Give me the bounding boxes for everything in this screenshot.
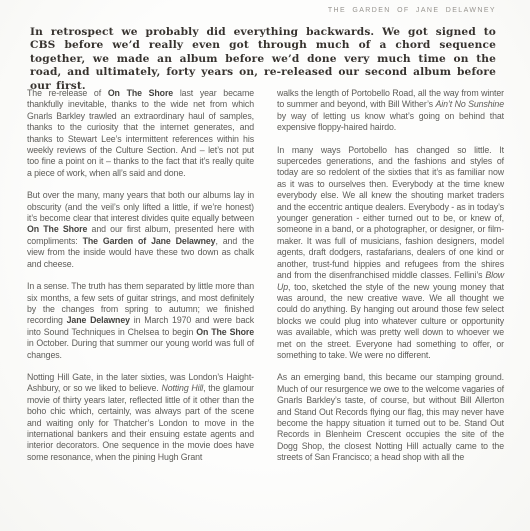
text-run: But over the many, many years that both … <box>27 190 254 223</box>
paragraph: The re-release of On The Shore last year… <box>27 88 254 179</box>
bold-text-run: Jane Delawney <box>67 315 130 325</box>
right-column: walks the length of Portobello Road, all… <box>277 88 504 464</box>
intro-paragraph: In retrospect we probably did everything… <box>30 26 496 93</box>
paragraph: As an emerging band, this became our sta… <box>277 372 504 463</box>
text-run: The re-release of <box>27 88 108 98</box>
text-run: in October. During that summer our young… <box>27 338 254 359</box>
paragraph: walks the length of Portobello Road, all… <box>277 88 504 134</box>
paragraph: Notting Hill Gate, in the later sixties,… <box>27 372 254 463</box>
text-run: , too, sketched the style of the new you… <box>277 282 504 360</box>
bold-text-run: On The Shore <box>196 327 254 337</box>
bold-text-run: The Garden of Jane Delawney <box>83 236 216 246</box>
italic-text-run: Ain’t No Sunshine <box>435 99 504 109</box>
italic-text-run: Notting Hill <box>161 383 203 393</box>
text-run: , the glamour movie of thirty years late… <box>27 383 254 461</box>
text-run: In many ways Portobello has changed so l… <box>277 145 504 280</box>
bold-text-run: On The Shore <box>108 88 173 98</box>
text-run: last year became thankfully inevitable, … <box>27 88 254 178</box>
text-run: by way of letting us know what’s going o… <box>277 111 504 132</box>
text-run: As an emerging band, this became our sta… <box>277 372 504 462</box>
text-columns: The re-release of On The Shore last year… <box>27 88 504 464</box>
booklet-page: THE GARDEN OF JANE DELAWNEY In retrospec… <box>0 0 530 531</box>
paragraph: In a sense. The truth has them separated… <box>27 281 254 361</box>
running-head-album-title: THE GARDEN OF JANE DELAWNEY <box>328 7 496 14</box>
paragraph: But over the many, many years that both … <box>27 190 254 270</box>
paragraph: In many ways Portobello has changed so l… <box>277 145 504 362</box>
left-column: The re-release of On The Shore last year… <box>27 88 254 464</box>
bold-text-run: On The Shore <box>27 224 87 234</box>
